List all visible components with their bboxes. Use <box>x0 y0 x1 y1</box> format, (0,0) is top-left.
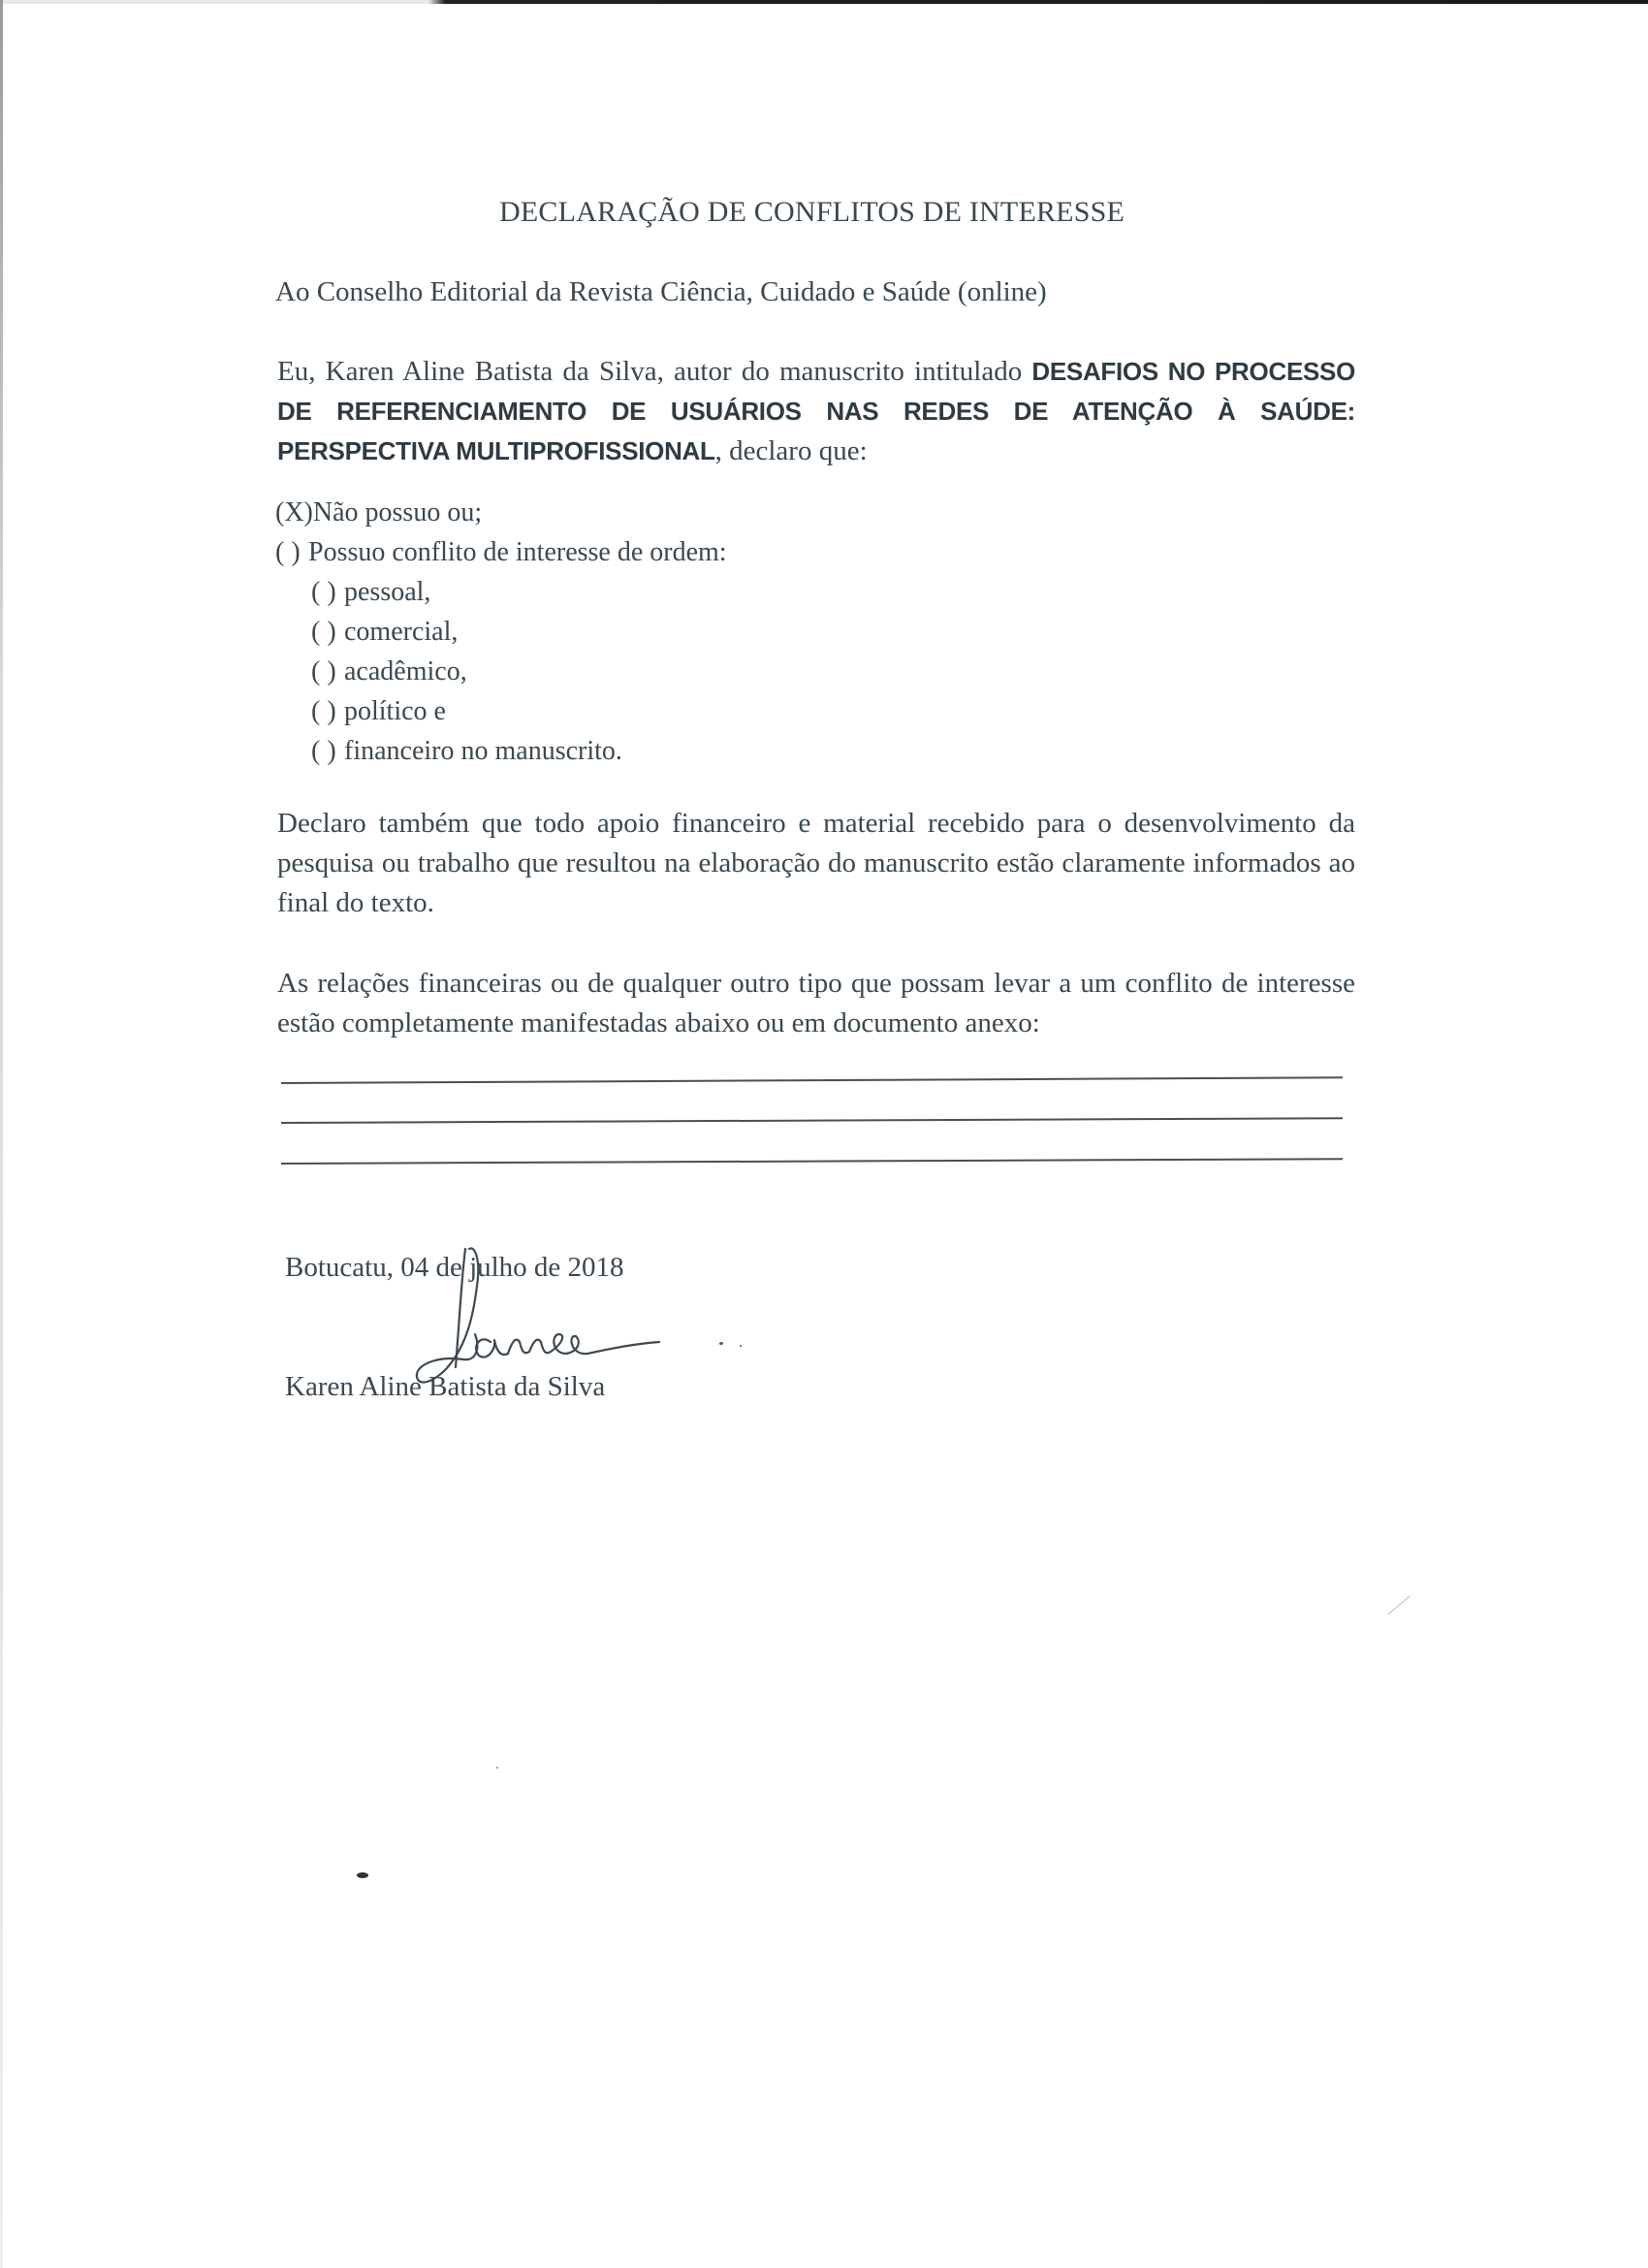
scan-speck <box>719 1342 723 1345</box>
sub-option-label: pessoal, <box>344 577 430 607</box>
addressee-line: Ao Conselho Editorial da Revista Ciência… <box>275 276 1047 308</box>
sub-option-comercial[interactable]: ( )comercial, <box>275 612 727 652</box>
scan-speck <box>357 1872 368 1878</box>
sub-option-label: comercial, <box>344 617 458 647</box>
page-title: DECLARAÇÃO DE CONFLITOS DE INTERESSE <box>0 196 1624 229</box>
option-no-conflict[interactable]: (X)Não possuo ou; <box>275 493 727 532</box>
sub-option-academico[interactable]: ( )acadêmico, <box>275 652 727 691</box>
scan-speck <box>496 1767 498 1769</box>
blank-fill-line-1[interactable] <box>281 1076 1343 1084</box>
blank-fill-line-2[interactable] <box>281 1117 1343 1124</box>
checkbox-empty[interactable]: ( ) <box>311 572 344 612</box>
checkbox-empty[interactable]: ( ) <box>275 532 308 572</box>
relations-declaration: As relações financeiras ou de qualquer o… <box>277 964 1355 1043</box>
checkbox-empty[interactable]: ( ) <box>311 731 344 771</box>
checkbox-empty[interactable]: ( ) <box>311 652 344 691</box>
option-has-conflict[interactable]: ( )Possuo conflito de interesse de ordem… <box>275 532 727 572</box>
scan-left-edge <box>0 0 3 2268</box>
sub-option-politico[interactable]: ( )político e <box>275 691 727 731</box>
signer-name: Karen Aline Batista da Silva <box>285 1371 605 1403</box>
option-label: Possuo conflito de interesse de ordem: <box>308 537 727 567</box>
sub-option-financeiro[interactable]: ( )financeiro no manuscrito. <box>275 731 727 771</box>
scan-speck <box>740 1345 742 1347</box>
checkbox-checked[interactable]: (X) <box>275 493 313 532</box>
checkbox-empty[interactable]: ( ) <box>311 612 344 652</box>
sub-option-label: acadêmico, <box>344 656 467 687</box>
blank-fill-line-3[interactable] <box>281 1158 1343 1165</box>
intro-suffix: , declaro que: <box>715 435 868 466</box>
funding-declaration: Declaro também que todo apoio financeiro… <box>277 804 1355 923</box>
checkbox-empty[interactable]: ( ) <box>311 691 344 731</box>
scan-top-edge <box>0 0 1648 4</box>
author-declaration-intro: Eu, Karen Aline Batista da Silva, autor … <box>277 352 1355 471</box>
sub-option-label: financeiro no manuscrito. <box>344 736 622 766</box>
scan-mark <box>1387 1595 1410 1614</box>
sub-option-label: político e <box>344 696 446 726</box>
intro-prefix: Eu, Karen Aline Batista da Silva, autor … <box>277 356 1031 387</box>
option-label: Não possuo ou; <box>313 497 482 527</box>
conflict-options-list: (X)Não possuo ou; ( )Possuo conflito de … <box>275 493 727 771</box>
sub-option-pessoal[interactable]: ( )pessoal, <box>275 572 727 612</box>
